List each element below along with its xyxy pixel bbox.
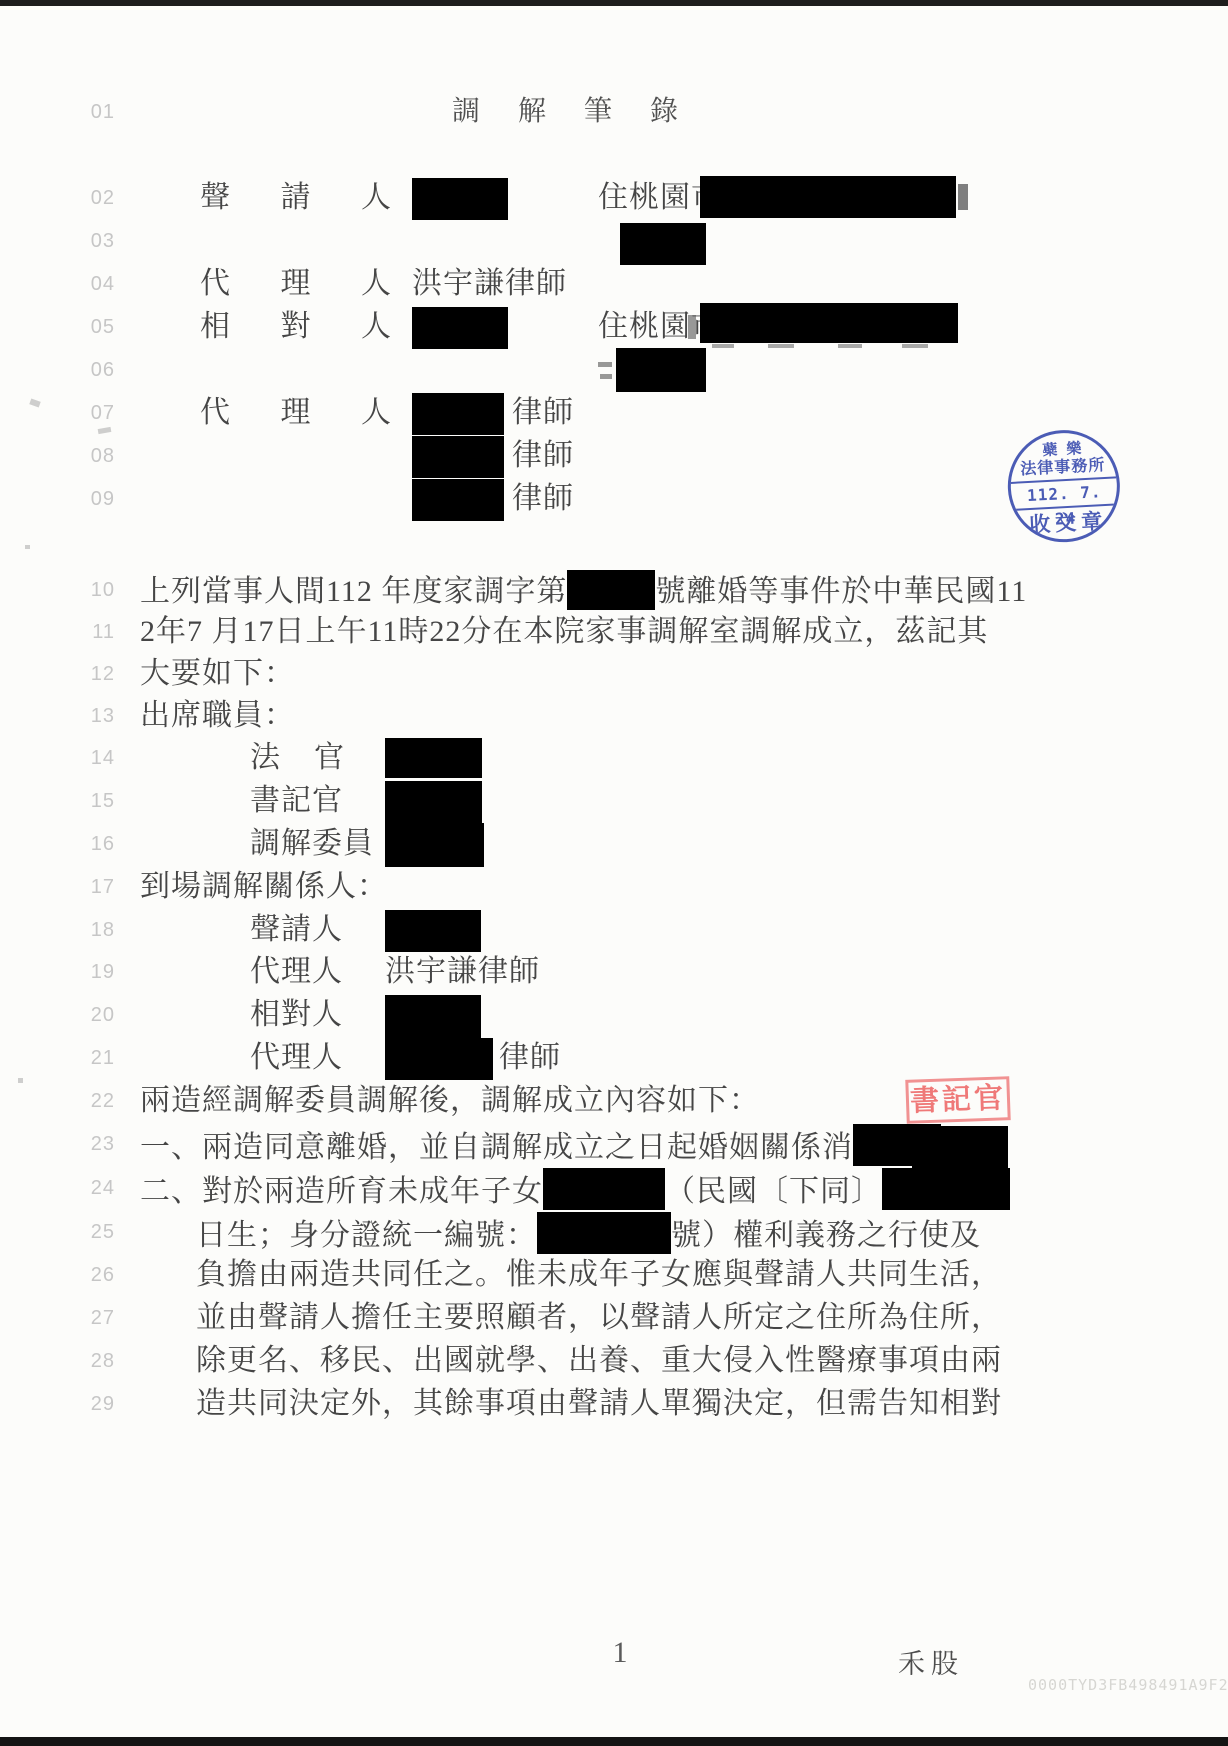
page-number: 1 [600,1636,640,1670]
doc-line-19: 19 代理人 洪宇謙律師 [0,952,1228,992]
redaction-box [412,178,508,220]
body-text: 兩造經調解委員調解後，調解成立內容如下： [140,1081,760,1121]
section-label: 到場調解關係人： [140,867,388,907]
line-number: 28 [70,1341,115,1381]
doc-line-29: 29 造共同決定外，其餘事項由聲請人單獨決定，但需告知相對 [0,1384,1228,1424]
lawyer-suffix: 律師 [499,1038,561,1078]
redaction-box [385,995,481,1038]
scanned-document-page: 01 調解筆錄 02 聲請人 住桃園市 03 04 代理人 洪宇謙律師 05 相… [0,0,1228,1746]
role-label-judge: 法官 [250,738,345,778]
section-label: 出席職員： [140,696,295,736]
line-number: 12 [70,654,115,694]
scan-speck [98,427,112,434]
body-text-segment: 號離婚等事件於中華民國11 [655,575,1027,608]
doc-line-17: 17 到場調解關係人： [0,867,1228,907]
law-firm-receipt-stamp: 蘗樂 法律事務所 112. 7. 24 收文章 [1005,427,1129,551]
doc-line-21: 21 代理人 律師 [0,1038,1228,1078]
doc-line-03: 03 [0,221,1228,261]
doc-line-04: 04 代理人 洪宇謙律師 [0,264,1228,304]
body-text: 二、對於兩造所育未成年子女（民國〔下同〕 [140,1168,1010,1212]
redaction-box [853,1124,941,1166]
body-text-segment: 二、對於兩造所育未成年子女 [140,1175,543,1208]
redaction-box [616,348,706,392]
body-text: 除更名、移民、出國就學、出養、重大侵入性醫療事項由兩 [196,1341,1002,1381]
redaction-box [385,823,484,867]
redaction-box [385,781,482,823]
attorney-name: 洪宇謙律師 [385,952,540,992]
glyph-fragment [768,344,794,348]
clerk-stamp: 書記官 [905,1076,1010,1124]
redaction-box [537,1212,671,1254]
party-label-attorney: 代理人 [200,393,392,433]
party-label-attorney: 代理人 [200,264,392,304]
line-number: 13 [70,696,115,736]
line-number: 16 [70,824,115,864]
glyph-fragment [902,344,928,348]
line-number: 03 [70,221,115,261]
body-text-segment: 日生；身分證統一編號： [196,1219,537,1252]
line-number: 08 [70,436,115,476]
body-text: 一、兩造同意離婚，並自調解成立之日起婚姻關係消 [140,1124,941,1168]
redaction-box [567,570,655,610]
glyph-fragment [598,362,612,367]
doc-line-13: 13 出席職員： [0,696,1228,736]
redaction-box [412,436,504,478]
page-title: 調解筆錄 [452,92,716,132]
redaction-box [543,1168,665,1210]
scan-edge-top [0,0,1228,6]
party-label-respondent: 相對人 [250,995,343,1035]
body-text-segment: （民國〔下同〕 [665,1175,882,1208]
line-number: 27 [70,1298,115,1338]
party-label-attorney: 代理人 [250,1038,343,1078]
redaction-box [700,303,958,343]
doc-line-24: 24 二、對於兩造所育未成年子女（民國〔下同〕 [0,1168,1228,1208]
line-number: 20 [70,995,115,1035]
body-text: 2年7 月17日上午11時22分在本院家事調解室調解成立，茲記其 [140,612,988,652]
body-text-segment: 號）權利義務之行使及 [671,1219,981,1252]
court-section-label: 禾股 [898,1642,964,1681]
body-text: 大要如下： [140,654,295,694]
doc-line-14: 14 法官 [0,738,1228,778]
body-text: 並由聲請人擔任主要照顧者，以聲請人所定之住所為住所， [196,1298,1002,1338]
role-label-mediator: 調解委員 [250,824,374,864]
redaction-box [700,176,956,218]
body-text-segment: 一、兩造同意離婚，並自調解成立之日起婚姻關係消 [140,1131,853,1164]
lawyer-suffix: 律師 [512,393,574,433]
redaction-box [882,1168,1010,1210]
doc-line-22: 22 兩造經調解委員調解後，調解成立內容如下： [0,1081,1228,1121]
glyph-fragment [600,374,612,379]
party-label-respondent: 相對人 [200,307,392,347]
lawyer-suffix: 律師 [512,479,574,519]
doc-line-18: 18 聲請人 [0,910,1228,950]
body-text: 造共同決定外，其餘事項由聲請人單獨決定，但需告知相對 [196,1384,1002,1424]
line-number: 04 [70,264,115,304]
doc-line-12: 12 大要如下： [0,654,1228,694]
redaction-box [385,910,481,952]
lawyer-suffix: 律師 [512,436,574,476]
doc-line-26: 26 負擔由兩造共同任之。惟未成年子女應與聲請人共同生活， [0,1255,1228,1295]
stamp-receipt-label: 收文章 [1012,506,1119,540]
line-number: 01 [70,92,115,132]
line-number: 02 [70,178,115,218]
line-number: 21 [70,1038,115,1078]
body-text: 負擔由兩造共同任之。惟未成年子女應與聲請人共同生活， [196,1255,1002,1295]
redaction-box [412,307,508,349]
line-number: 11 [70,612,115,652]
doc-line-05: 05 相對人 住桃園市 [0,307,1228,347]
glyph-fragment [958,184,968,210]
doc-line-06: 06 [0,350,1228,390]
doc-line-28: 28 除更名、移民、出國就學、出養、重大侵入性醫療事項由兩 [0,1341,1228,1381]
attorney-name: 洪宇謙律師 [412,264,567,304]
doc-line-16: 16 調解委員 [0,824,1228,864]
body-text: 日生；身分證統一編號：號）權利義務之行使及 [196,1212,981,1256]
redaction-box [412,393,504,435]
doc-line-23: 23 一、兩造同意離婚，並自調解成立之日起婚姻關係消 [0,1124,1228,1164]
line-number: 10 [70,570,115,610]
scan-speck [25,545,30,549]
line-number: 15 [70,781,115,821]
line-number: 23 [70,1124,115,1164]
doc-line-27: 27 並由聲請人擔任主要照顧者，以聲請人所定之住所為住所， [0,1298,1228,1338]
line-number: 14 [70,738,115,778]
line-number: 09 [70,479,115,519]
glyph-fragment [838,344,862,348]
line-number: 25 [70,1212,115,1252]
doc-line-20: 20 相對人 [0,995,1228,1035]
stamp-date: 112. 7. 24 [1011,476,1118,511]
doc-line-11: 11 2年7 月17日上午11時22分在本院家事調解室調解成立，茲記其 [0,612,1228,652]
glyph-fragment [688,315,696,339]
line-number: 05 [70,307,115,347]
doc-line-10: 10 上列當事人間112 年度家調字第號離婚等事件於中華民國11 [0,570,1228,610]
doc-line-25: 25 日生；身分證統一編號：號）權利義務之行使及 [0,1212,1228,1252]
party-label-applicant: 聲請人 [250,910,343,950]
body-text-segment: 上列當事人間112 年度家調字第 [140,575,567,608]
doc-line-15: 15 書記官 [0,781,1228,821]
doc-line-07: 07 代理人 律師 [0,393,1228,433]
line-number: 17 [70,867,115,907]
doc-line-02: 02 聲請人 住桃園市 [0,178,1228,218]
line-number: 26 [70,1255,115,1295]
line-number: 29 [70,1384,115,1424]
party-label-attorney: 代理人 [250,952,343,992]
scan-edge-bottom [0,1737,1228,1746]
line-number: 24 [70,1168,115,1208]
party-label-applicant: 聲請人 [200,178,392,218]
redaction-box [412,479,504,521]
role-label-clerk: 書記官 [250,781,343,821]
redaction-box [385,1038,493,1080]
line-number: 22 [70,1081,115,1121]
line-number: 19 [70,952,115,992]
document-code: 0000TYD3FB498491A9F2 [1028,1676,1228,1694]
glyph-fragment [712,344,734,348]
scan-speck [18,1078,23,1083]
body-text: 上列當事人間112 年度家調字第號離婚等事件於中華民國11 [140,570,1027,612]
stamp-circle: 蘗樂 法律事務所 112. 7. 24 收文章 [1005,427,1123,545]
line-number: 06 [70,350,115,390]
redaction-box [385,738,482,778]
line-number: 18 [70,910,115,950]
redaction-box [620,223,706,265]
